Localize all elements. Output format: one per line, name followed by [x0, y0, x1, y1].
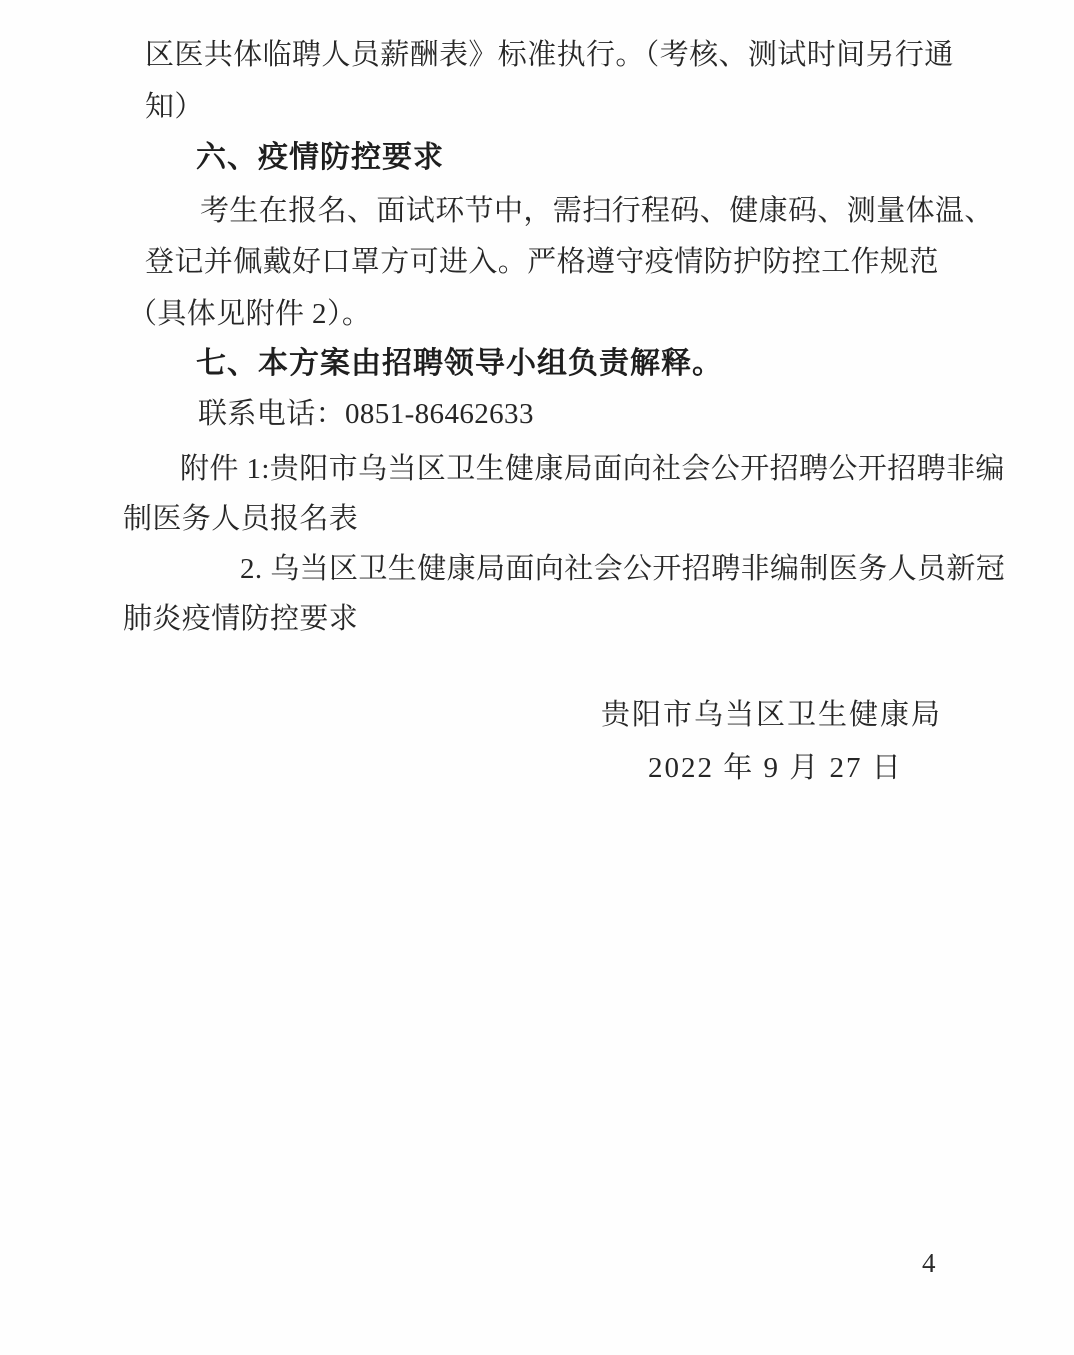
signature-issuer: 贵阳市乌当区卫生健康局: [601, 696, 942, 734]
attachment-1-line-1: 附件 1:贵阳市乌当区卫生健康局面向社会公开招聘公开招聘非编: [180, 450, 1005, 488]
section-6-body-line-3: （具体见附件 2）。: [128, 295, 371, 333]
section-6-body-line-1: 考生在报名、面试环节中，需扫行程码、健康码、测量体温、: [200, 192, 994, 230]
section-7-heading: 七、本方案由招聘领导小组负责解释。: [196, 345, 723, 383]
section-6-heading: 六、疫情防控要求: [196, 139, 444, 177]
page-number: 4: [922, 1248, 936, 1279]
document-page: 区医共体临聘人员薪酬表》标准执行。（考核、测试时间另行通 知） 六、疫情防控要求…: [0, 0, 1074, 1355]
section-6-body-line-2: 登记并佩戴好口罩方可进入。严格遵守疫情防护防控工作规范: [145, 243, 939, 281]
attachment-1-line-2: 制医务人员报名表: [123, 500, 358, 538]
signature-date: 2022 年 9 月 27 日: [648, 749, 903, 787]
attachment-2-line-2: 肺炎疫情防控要求: [123, 600, 358, 638]
continuation-line-1: 区医共体临聘人员薪酬表》标准执行。（考核、测试时间另行通: [145, 36, 954, 74]
contact-phone-line: 联系电话：0851-86462633: [198, 395, 534, 433]
continuation-line-2: 知）: [145, 88, 204, 126]
attachment-2-line-1: 2. 乌当区卫生健康局面向社会公开招聘非编制医务人员新冠: [240, 550, 1005, 588]
